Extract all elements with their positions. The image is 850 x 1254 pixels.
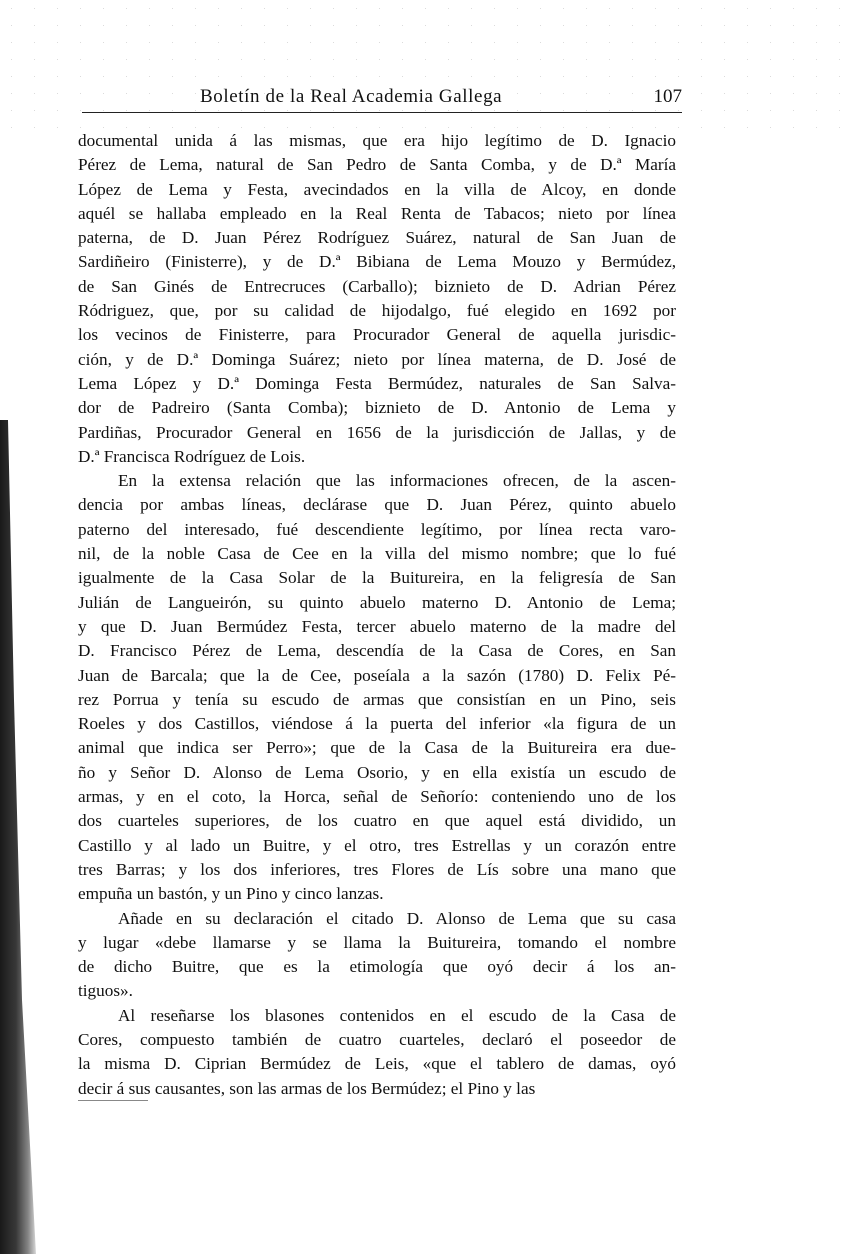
text-line: Ródriguez, que, por su calidad de hijoda…: [78, 299, 676, 323]
paragraph: documental unida á las mismas, que era h…: [78, 129, 676, 469]
text-line: animal que indica ser Perro»; que de la …: [78, 736, 676, 760]
text-line: Juan de Barcala; que la de Cee, poseíala…: [78, 664, 676, 688]
text-line: dencia por ambas líneas, declárase que D…: [78, 493, 676, 517]
running-title: Boletín de la Real Academia Gallega: [200, 86, 502, 108]
paragraph: Añade en su declaración el citado D. Alo…: [78, 907, 676, 1004]
text-line: D. Francisco Pérez de Lema, descendía de…: [78, 639, 676, 663]
text-line: Castillo y al lado un Buitre, y el otro,…: [78, 834, 676, 858]
text-line: los vecinos de Finisterre, para Procurad…: [78, 323, 676, 347]
text-line: tiguos».: [78, 979, 676, 1003]
text-line: En la extensa relación que las informaci…: [78, 469, 676, 493]
text-line: ción, y de D.ª Dominga Suárez; nieto por…: [78, 348, 676, 372]
text-line: Añade en su declaración el citado D. Alo…: [78, 907, 676, 931]
text-line: dos cuarteles superiores, de los cuatro …: [78, 809, 676, 833]
text-line: armas, y en el coto, la Horca, señal de …: [78, 785, 676, 809]
page-header: Boletín de la Real Academia Gallega 107: [82, 82, 682, 113]
text-line: Cores, compuesto también de cuatro cuart…: [78, 1028, 676, 1052]
text-line: de San Ginés de Entrecruces (Carballo); …: [78, 275, 676, 299]
text-line: documental unida á las mismas, que era h…: [78, 129, 676, 153]
text-line: igualmente de la Casa Solar de la Buitur…: [78, 566, 676, 590]
text-line: y lugar «debe llamarse y se llama la Bui…: [78, 931, 676, 955]
text-line: D.ª Francisca Rodríguez de Lois.: [78, 445, 676, 469]
text-line: nil, de la noble Casa de Cee en la villa…: [78, 542, 676, 566]
text-line: Lema López y D.ª Dominga Festa Bermúdez,…: [78, 372, 676, 396]
text-line: empuña un bastón, y un Pino y cinco lanz…: [78, 882, 676, 906]
text-line: de dicho Buitre, que es la etimología qu…: [78, 955, 676, 979]
text-line: paterno del interesado, fué descendiente…: [78, 518, 676, 542]
text-line: Roeles y dos Castillos, viéndose á la pu…: [78, 712, 676, 736]
text-line: López de Lema y Festa, avecindados en la…: [78, 178, 676, 202]
text-line: Al reseñarse los blasones contenidos en …: [78, 1004, 676, 1028]
text-line: la misma D. Ciprian Bermúdez de Leis, «q…: [78, 1052, 676, 1076]
text-line: rez Porrua y tenía su escudo de armas qu…: [78, 688, 676, 712]
paragraph: En la extensa relación que las informaci…: [78, 469, 676, 906]
page-number: 107: [654, 86, 683, 108]
page-binding-shadow: [0, 0, 40, 1254]
body-text: documental unida á las mismas, que era h…: [78, 129, 676, 1101]
text-line: tres Barras; y los dos inferiores, tres …: [78, 858, 676, 882]
text-line: paterna, de D. Juan Pérez Rodríguez Suár…: [78, 226, 676, 250]
text-line: Julián de Langueirón, su quinto abuelo m…: [78, 591, 676, 615]
footer-mark: [78, 1094, 148, 1101]
text-line: Sardiñeiro (Finisterre), y de D.ª Bibian…: [78, 250, 676, 274]
text-line: Pardiñas, Procurador General en 1656 de …: [78, 421, 676, 445]
text-line: Pérez de Lema, natural de San Pedro de S…: [78, 153, 676, 177]
text-line: y que D. Juan Bermúdez Festa, tercer abu…: [78, 615, 676, 639]
text-line: aquél se hallaba empleado en la Real Ren…: [78, 202, 676, 226]
paragraph: Al reseñarse los blasones contenidos en …: [78, 1004, 676, 1101]
text-line: ño y Señor D. Alonso de Lema Osorio, y e…: [78, 761, 676, 785]
text-line: dor de Padreiro (Santa Comba); biznieto …: [78, 396, 676, 420]
text-line: decir á sus causantes, son las armas de …: [78, 1077, 676, 1101]
